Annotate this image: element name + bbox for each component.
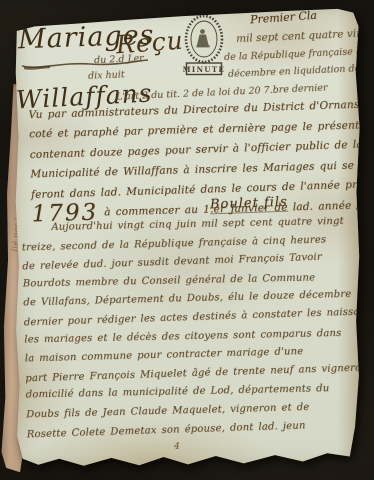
header-small-line: du 2.d J.er bbox=[94, 53, 144, 66]
top-right-note: Premier Cla bbox=[250, 9, 318, 27]
revenue-stamp: MINUTE bbox=[177, 12, 231, 76]
clerk-signature: Boulet fils bbox=[210, 195, 288, 215]
header-small-line: dix huit bbox=[88, 69, 125, 82]
act-paragraph: Aujourd'hui vingt cinq juin mil sept cen… bbox=[21, 212, 359, 444]
header-small-line: mil sept cent quatre vingt bbox=[236, 27, 374, 45]
registration-paragraph: Vu par administrateurs du Directoire du … bbox=[28, 95, 354, 225]
header-small-line: décembre en liquidation de bbox=[228, 63, 361, 80]
minute-stamp-label: MINUTE bbox=[183, 65, 225, 74]
manuscript-page: Mariages Willaffans Reçu Premier Cla du … bbox=[14, 8, 362, 468]
page-number: 4 bbox=[174, 442, 180, 452]
page-wrapper: Mariages Willaffans Reçu Premier Cla du … bbox=[0, 0, 374, 480]
header-small-line: de la République française le bbox=[224, 46, 365, 63]
manuscript-scan: { "document": { "type": "handwritten-reg… bbox=[0, 0, 374, 480]
